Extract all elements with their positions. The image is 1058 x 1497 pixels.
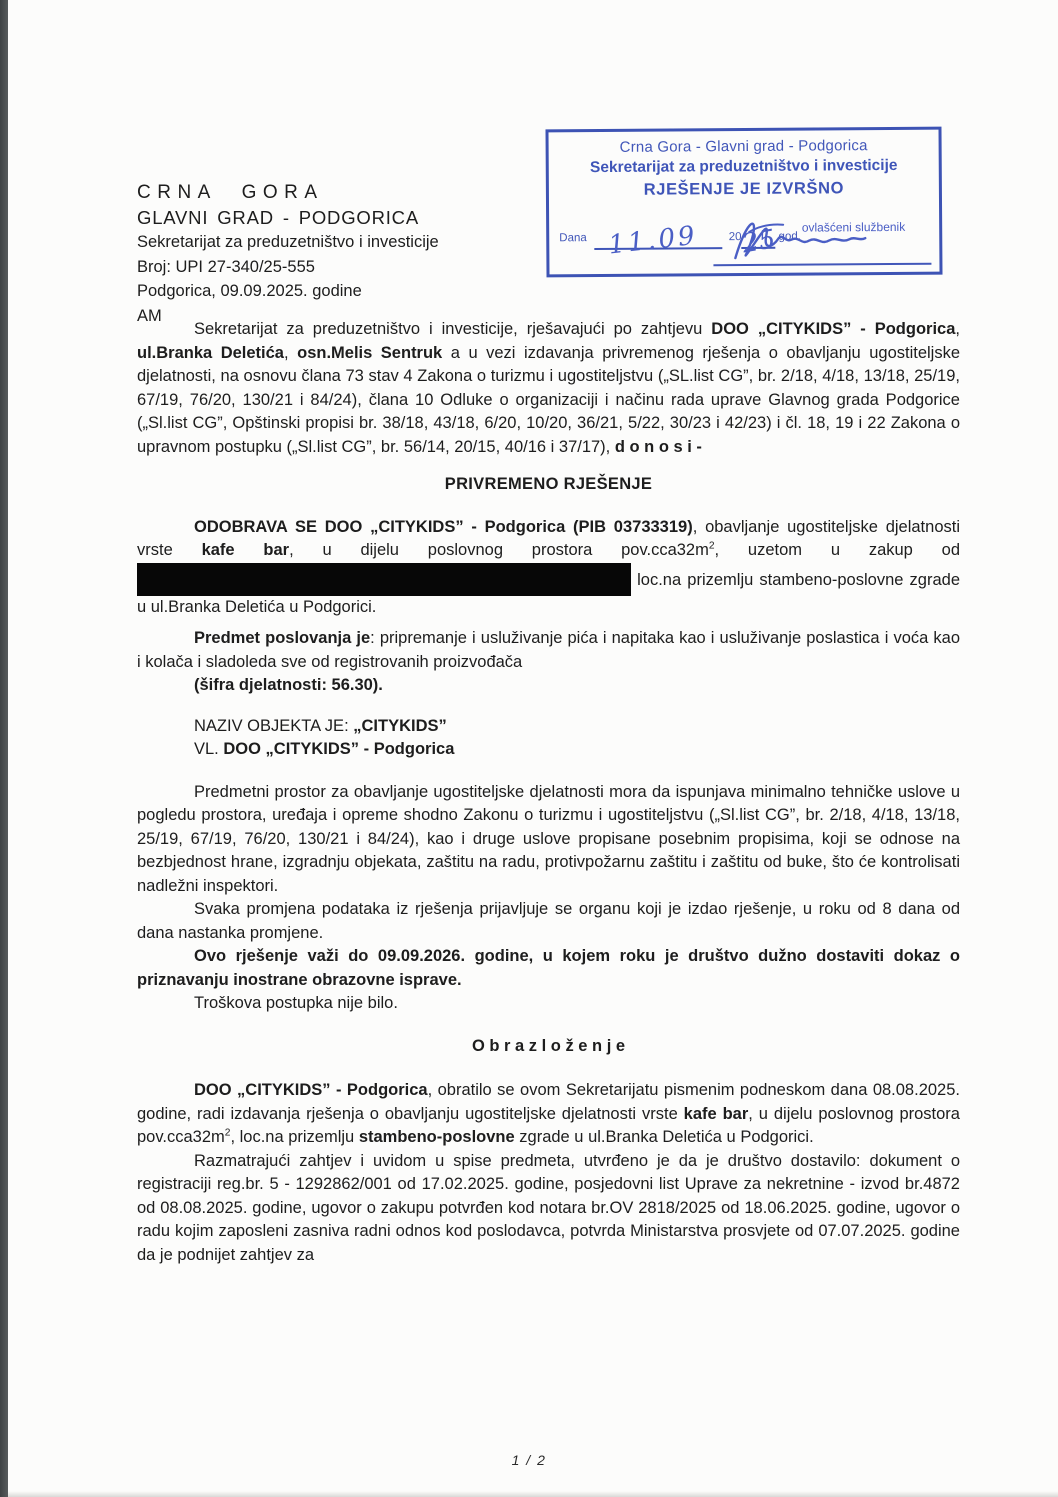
scan-shadow-artifact [8,1491,1058,1497]
paragraph-intro: Sekretarijat za preduzetništvo i investi… [137,318,960,459]
text-segment: (šifra djelatnosti: 56.30). [194,676,383,694]
stamp-signature-block: ovlašćeni službenik [713,215,931,267]
scan-edge-artifact [0,0,8,1497]
paragraph-troskovi: Troškova postupka nije bilo. [137,992,960,1016]
letterhead-case-number: Broj: UPI 27-340/25-555 [137,255,439,280]
redaction-bar [137,563,631,596]
text-segment: Sekretarijat za preduzetništvo i investi… [194,320,711,338]
paragraph-vazenje-rjesenja: Ovo rješenje važi do 09.09.2026. godine,… [137,945,960,992]
text-segment: DOO „CITYKIDS” - Podgorica [711,320,955,338]
text-segment: , [955,320,960,338]
stamp-status-line: RJEŠENJE JE IZVRŠNO [549,178,939,201]
letterhead-city: GLAVNI GRAD - PODGORICA [137,206,439,231]
text-segment: NAZIV OBJEKTA JE: [194,717,353,735]
text-segment: stambeno-poslovne [359,1128,515,1146]
text-segment: ul.Branka Deletića [137,344,284,362]
document-body: Sekretarijat za preduzetništvo i investi… [137,318,960,1267]
paragraph-uslovi: Predmetni prostor za obavljanje ugostite… [137,781,960,899]
paragraph-razmatranje: Razmatrajući zahtjev i uvidom u spise pr… [137,1150,960,1268]
text-segment: Svaka promjena podataka iz rješenja prij… [137,900,960,942]
text-segment: DOO „CITYKIDS” - Podgorica [223,740,454,758]
heading-privremeno-rjesenje: PRIVREMENO RJEŠENJE [137,473,960,497]
text-segment: Ovo rješenje važi do 09.09.2026. godine,… [137,947,960,989]
stamp-handwritten-date: 11.09 [607,226,698,256]
text-segment: ODOBRAVA SE DOO „CITYKIDS” - Podgorica (… [194,518,693,536]
paragraph-predmet-poslovanja: Predmet poslovanja je: pripremanje i usl… [137,627,960,674]
letterhead: CRNA GORA GLAVNI GRAD - PODGORICA Sekret… [137,181,439,328]
text-segment: osn.Melis Sentruk [297,344,442,362]
text-segment: kafe bar [202,541,290,559]
heading-obrazlozenje: O b r a z l o ž e n j e [137,1035,960,1059]
paragraph-vlasnik: VL. DOO „CITYKIDS” - Podgorica [137,738,960,762]
text-segment: Predmet poslovanja je [194,629,370,647]
text-segment: Predmetni prostor za obavljanje ugostite… [137,783,960,895]
text-segment: , [284,344,297,362]
text-segment: Razmatrajući zahtjev i uvidom u spise pr… [137,1152,960,1264]
text-segment: , loc.na prizemlju [230,1128,358,1146]
stamp-date-line: 11.09 [594,219,722,250]
scanned-document-page: Crna Gora - Glavni grad - Podgorica Sekr… [0,0,1058,1497]
paragraph-odobrava: ODOBRAVA SE DOO „CITYKIDS” - Podgorica (… [137,516,960,620]
text-segment: „CITYKIDS” [353,717,447,735]
paragraph-obracanje: DOO „CITYKIDS” - Podgorica, obratilo se … [137,1079,960,1150]
text-segment: Troškova postupka nije bilo. [194,994,398,1012]
stamp-authority-line: Crna Gora - Glavni grad - Podgorica [549,136,939,159]
execution-stamp: Crna Gora - Glavni grad - Podgorica Sekr… [545,127,942,278]
paragraph-naziv-objekta: NAZIV OBJEKTA JE: „CITYKIDS” [137,715,960,739]
text-segment: kafe bar [684,1105,749,1123]
page-number: 1 / 2 [0,1452,1058,1468]
paragraph-promjena-podataka: Svaka promjena podataka iz rješenja prij… [137,898,960,945]
stamp-secretariat-line: Sekretarijat za preduzetništvo i investi… [549,156,939,179]
text-segment: d o n o s i - [615,438,702,456]
letterhead-place-date: Podgorica, 09.09.2025. godine [137,279,439,304]
letterhead-department: Sekretarijat za preduzetništvo i investi… [137,230,439,255]
signature-scribble-icon [727,211,897,270]
text-segment: , uzetom u zakup od [715,541,960,559]
text-segment: DOO „CITYKIDS” - Podgorica [194,1081,428,1099]
stamp-dana-label: Dana [559,228,587,250]
text-segment: , u dijelu poslovnog prostora pov.cca32m [289,541,709,559]
text-segment: zgrade u ul.Branka Deletića u Podgorici. [515,1128,814,1146]
text-segment: VL. [194,740,223,758]
letterhead-country: CRNA GORA [137,181,439,206]
paragraph-sifra-djelatnosti: (šifra djelatnosti: 56.30). [137,674,960,698]
